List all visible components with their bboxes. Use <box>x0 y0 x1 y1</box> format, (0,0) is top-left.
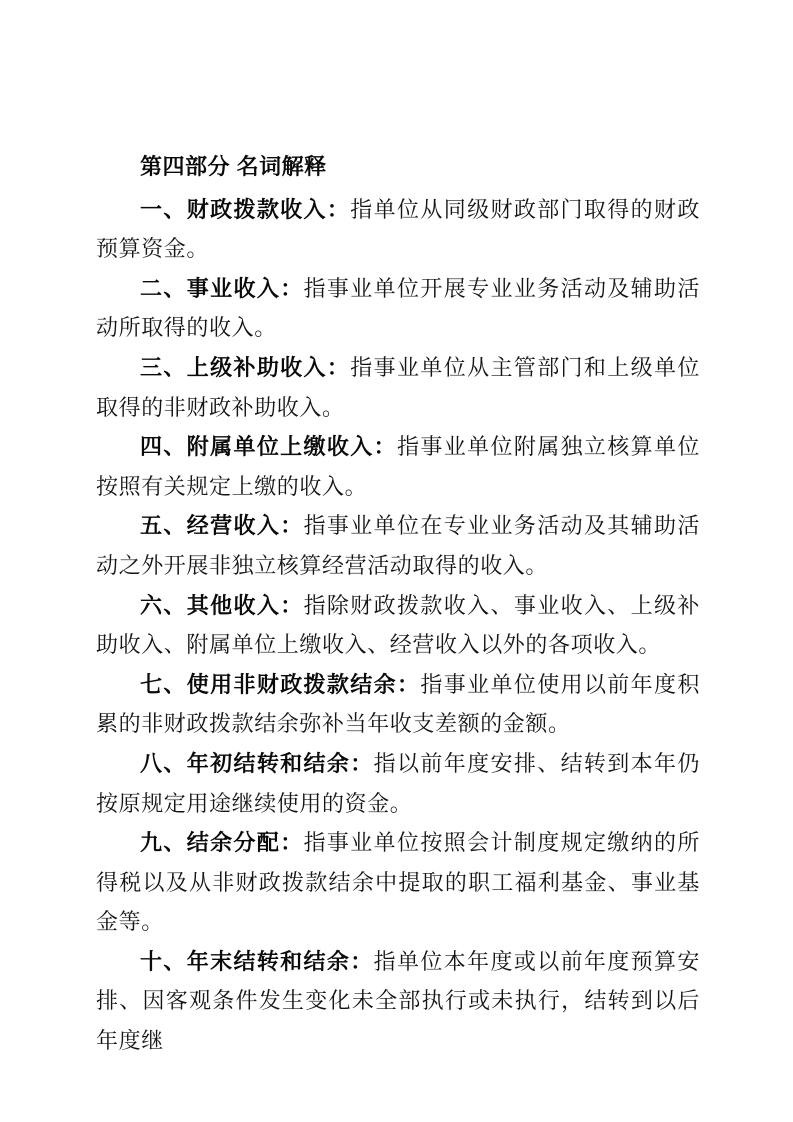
definition-paragraph: 六、其他收入：指除财政拨款收入、事业收入、上级补助收入、附属单位上缴收入、经营收… <box>96 586 700 665</box>
definition-paragraph: 四、附属单位上缴收入：指事业单位附属独立核算单位按照有关规定上缴的收入。 <box>96 427 700 506</box>
term-label: 一、财政拨款收入： <box>140 197 350 222</box>
term-label: 八、年初结转和结余： <box>140 751 374 776</box>
definition-paragraph: 二、事业收入：指事业单位开展专业业务活动及辅助活动所取得的收入。 <box>96 269 700 348</box>
term-label: 十、年末结转和结余： <box>140 949 374 974</box>
definition-paragraph: 一、财政拨款收入：指单位从同级财政部门取得的财政预算资金。 <box>96 190 700 269</box>
term-label: 四、附属单位上缴收入： <box>140 434 397 459</box>
definition-paragraph: 五、经营收入：指事业单位在专业业务活动及其辅助活动之外开展非独立核算经营活动取得… <box>96 506 700 585</box>
term-label: 九、结余分配： <box>140 830 304 855</box>
term-label: 二、事业收入： <box>140 276 304 301</box>
definition-paragraph: 八、年初结转和结余：指以前年度安排、结转到本年仍按原规定用途继续使用的资金。 <box>96 744 700 823</box>
section-title: 第四部分 名词解释 <box>96 147 700 187</box>
definition-paragraph: 九、结余分配：指事业单位按照会计制度规定缴纳的所得税以及从非财政拨款结余中提取的… <box>96 823 700 942</box>
term-label: 六、其他收入： <box>140 593 304 618</box>
term-label: 七、使用非财政拨款结余： <box>140 672 420 697</box>
definition-paragraph: 三、上级补助收入：指事业单位从主管部门和上级单位取得的非财政补助收入。 <box>96 348 700 427</box>
term-label: 五、经营收入： <box>140 513 304 538</box>
definition-paragraph: 十、年末结转和结余：指单位本年度或以前年度预算安排、因客观条件发生变化未全部执行… <box>96 942 700 1061</box>
document-page: 第四部分 名词解释 一、财政拨款收入：指单位从同级财政部门取得的财政预算资金。 … <box>0 0 793 1122</box>
term-label: 三、上级补助收入： <box>140 355 350 380</box>
definition-paragraph: 七、使用非财政拨款结余：指事业单位使用以前年度积累的非财政拨款结余弥补当年收支差… <box>96 665 700 744</box>
